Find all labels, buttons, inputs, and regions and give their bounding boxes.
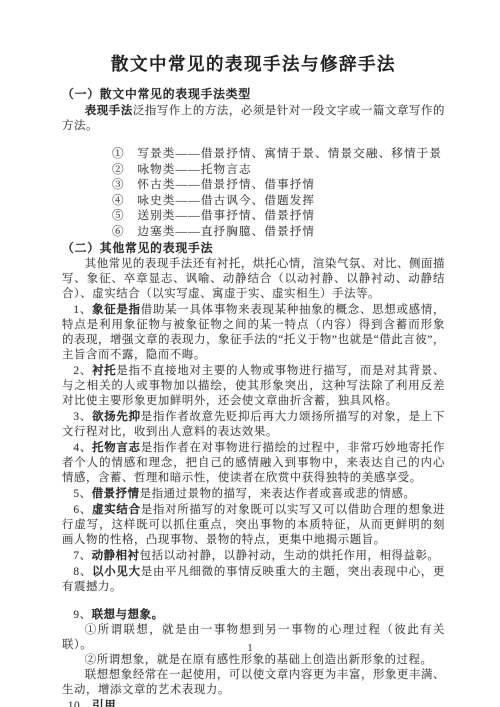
body-text: ⑥ 边塞类——直抒胸臆、借景抒情	[112, 225, 315, 238]
emphasis-text: 表现手法	[85, 103, 133, 117]
body-text: ② 咏物类——托物言志	[112, 163, 252, 176]
emphasis-text: 虚实结合	[92, 502, 141, 516]
page-title: 散文中常见的表现手法与修辞手法	[62, 54, 445, 76]
paragraph: 表现手法泛指写作上的方法，必须是针对一段文字或一篇文章写作的方法。	[62, 103, 445, 134]
emphasis-text: 引用	[92, 698, 116, 707]
emphasis-text: 象征是指	[92, 302, 141, 316]
paragraph: 其他常见的表现手法还有衬托，烘托心情，渲染气氛、对比、侧面描写、象征、卒章显志、…	[62, 257, 445, 302]
paragraph: 8、以小见大是由平凡细微的事情反映重大的主题，突出表现中心，更有震撼力。	[62, 564, 445, 595]
paragraph: 7、动静相衬包括以动衬静，以静衬动，生动的烘托作用，相得益彰。	[62, 548, 445, 564]
body-text: 9、	[73, 609, 91, 621]
emphasis-text: 欲扬先抑	[92, 409, 141, 423]
paragraph: 10、引用	[62, 698, 445, 707]
section-heading: （二）其他常见的表现手法	[62, 240, 445, 257]
paragraph: ②所谓想象，就是在原有感性形象的基础上创造出新形象的过程。	[62, 653, 445, 668]
paragraph: 9、联想与想象。	[62, 607, 445, 623]
body-text: 4、	[73, 442, 92, 454]
spacer	[62, 134, 445, 146]
body-text: 1、	[73, 304, 92, 316]
paragraph: 2、衬托是指不直接地对主要的人物或事物进行描写，而是对其背景、与之相关的人或事物…	[62, 363, 445, 409]
list-item: ⑤ 送别类——借事抒情、借景抒情	[62, 208, 445, 224]
body-text: 包括以动衬静，以静衬动，生动的烘托作用，相得益彰。	[140, 550, 440, 562]
list-item: ⑥ 边塞类——直抒胸臆、借景抒情	[62, 224, 445, 240]
section-heading: （一）散文中常见的表现手法类型	[62, 86, 445, 103]
body-text: ④ 咏史类——借古讽今、借题发挥	[112, 194, 315, 207]
body-text: ⑤ 送别类——借事抒情、借景抒情	[112, 209, 315, 222]
body-text: ③ 怀古类——借景抒情、借事抒情	[112, 178, 315, 191]
body-text: 联想想象经常在一起使用，可以使文章内容更为丰富，形象更丰满、生动，增添文章的艺术…	[62, 669, 445, 696]
emphasis-text: （一）散文中常见的表现手法类型	[62, 87, 251, 101]
document-content: 散文中常见的表现手法与修辞手法 （一）散文中常见的表现手法类型表现手法泛指写作上…	[0, 0, 500, 707]
list-item: ② 咏物类——托物言志	[62, 162, 445, 178]
body-text: 7、	[73, 550, 91, 562]
body-text: 8、	[73, 566, 92, 578]
body-text: ②所谓想象，就是在原有感性形象的基础上创造出新形象的过程。	[85, 654, 433, 666]
body-text: 2、	[73, 365, 92, 377]
list-item: ① 写景类——借景抒情、寓情于景、情景交融、移情于景	[62, 146, 445, 162]
emphasis-text: 动静相衬	[92, 548, 140, 562]
paragraph: 联想想象经常在一起使用，可以使文章内容更为丰富，形象更丰满、生动，增添文章的艺术…	[62, 668, 445, 698]
paragraph: 4、托物言志是指作者在对事物进行描绘的过程中，非常巧妙地寄托作者个人的情感和理念…	[62, 440, 445, 486]
document-body: （一）散文中常见的表现手法类型表现手法泛指写作上的方法，必须是针对一段文字或一篇…	[62, 86, 445, 707]
list-item: ④ 咏史类——借古讽今、借题发挥	[62, 193, 445, 209]
body-text: 10、	[68, 700, 93, 707]
body-text: ① 写景类——借景抒情、寓情于景、情景交融、移情于景	[112, 147, 442, 160]
emphasis-text: 衬托	[92, 363, 116, 377]
body-text: 是指不直接地对主要的人物或事物进行描写，而是对其背景、与之相关的人或事物加以描绘…	[62, 365, 445, 407]
emphasis-text: 借景抒情	[92, 486, 140, 500]
body-text: 5、	[73, 488, 91, 500]
body-text: 3、	[73, 411, 92, 423]
body-text: 其他常见的表现手法还有衬托，烘托心情，渲染气氛、对比、侧面描写、象征、卒章显志、…	[62, 258, 445, 300]
paragraph: 5、借景抒情是指通过景物的描写，来表达作者或喜或悲的情感。	[62, 486, 445, 502]
list-item: ③ 怀古类——借景抒情、借事抒情	[62, 177, 445, 193]
paragraph: 3、欲扬先抑是指作者故意先贬抑后再大力颂扬所描写的对象，是上下文行程对比，收到出…	[62, 409, 445, 440]
body-text: 6、	[73, 504, 92, 516]
paragraph: 6、虚实结合是指对所描写的对象既可以实写又可以借助合理的想象进行虚写，这样既可以…	[62, 502, 445, 548]
body-text: 是指通过景物的描写，来表达作者或喜或悲的情感。	[140, 488, 416, 500]
spacer	[62, 595, 445, 607]
emphasis-text: 联想与想象。	[92, 607, 164, 621]
document-page: 散文中常见的表现手法与修辞手法 （一）散文中常见的表现手法类型表现手法泛指写作上…	[0, 0, 500, 707]
page-number: 1	[0, 643, 500, 654]
emphasis-text: （二）其他常见的表现手法	[62, 241, 213, 255]
emphasis-text: 以小见大	[92, 564, 141, 578]
paragraph: 1、象征是指借助某一具体事物来表现某种抽象的概念、思想或感情，特点是利用象征物与…	[62, 302, 445, 363]
emphasis-text: 托物言志	[92, 440, 141, 454]
